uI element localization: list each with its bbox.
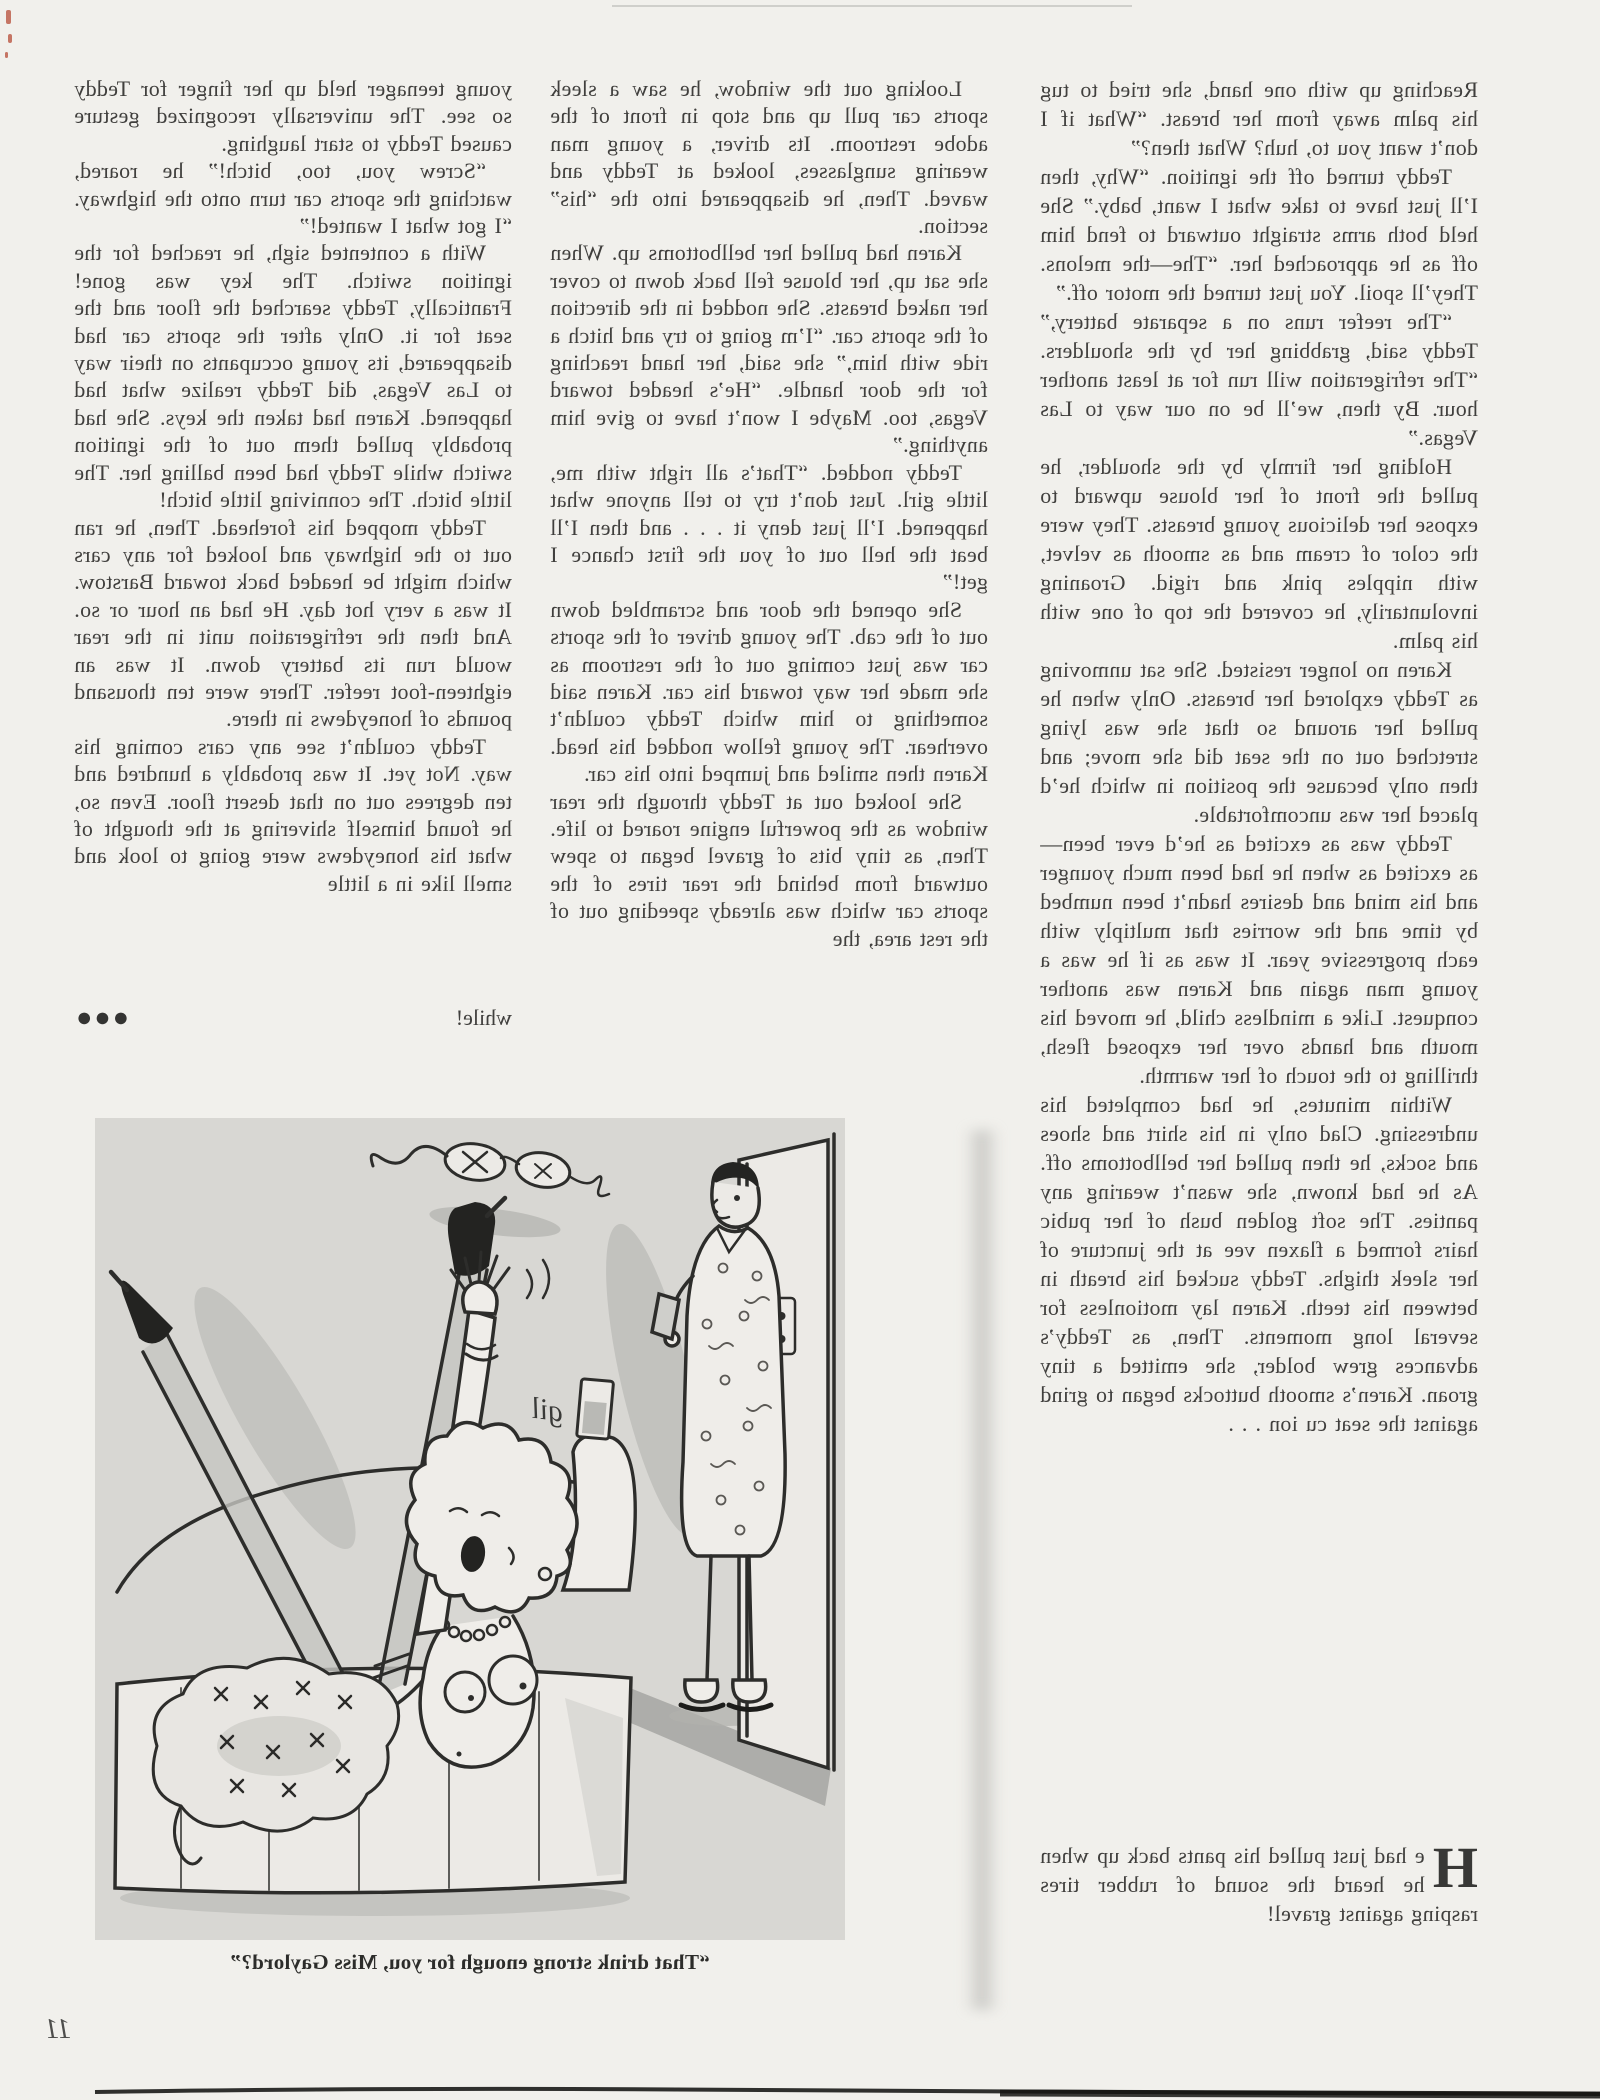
- paragraph: “The reefer runs on a separate battery,”…: [1040, 307, 1478, 452]
- paragraph: With a contented sigh, he reached for th…: [74, 239, 512, 513]
- paragraph: Teddy nodded. “That’s all right with me,…: [550, 459, 988, 596]
- scan-red-speck: [5, 52, 8, 58]
- paragraph: She looked out at Teddy through the rear…: [550, 788, 988, 952]
- paragraph: Teddy turned off the ignition. “Why, the…: [1040, 162, 1478, 307]
- paragraph: She opened the door and scrambled down o…: [550, 596, 988, 788]
- scan-top-edge-line: [612, 5, 1132, 7]
- cartoon-caption: “That drink strong enough for you, Miss …: [95, 1950, 845, 1975]
- mirrored-page-content: Reaching up with one hand, she tried to …: [0, 0, 1600, 2100]
- scan-red-speck: [6, 10, 11, 24]
- man-eye: [734, 1195, 740, 1201]
- paragraph: Reaching up with one hand, she tried to …: [1040, 75, 1478, 162]
- paragraph: Within minutes, he had completed his und…: [1040, 1090, 1478, 1438]
- paragraph: Holding her firmly by the shoulder, he p…: [1040, 452, 1478, 655]
- text-column-3: young teenager held up her finger for Te…: [74, 75, 512, 897]
- man-shoe: [685, 1680, 718, 1702]
- paragraph: Teddy mopped his forehead. Then, he ran …: [74, 514, 512, 733]
- final-word: while!: [456, 1005, 512, 1031]
- paragraph: Karen had pulled her bellbottoms up. Whe…: [550, 239, 988, 458]
- paragraph: Teddy couldn’t see any cars coming his w…: [74, 733, 512, 897]
- man-drink: [652, 1294, 679, 1339]
- scan-red-speck: [8, 34, 12, 43]
- dropcap-paragraph-text: e had just pulled his pants back up when…: [1040, 1843, 1478, 1926]
- scan-bottom-tear-line: [0, 2080, 1600, 2100]
- text-column-1: Reaching up with one hand, she tried to …: [1040, 75, 1478, 1438]
- paragraph: Looking out the window, he saw a sleek s…: [550, 75, 988, 239]
- paragraph: Teddy was as excited as he’d ever been—a…: [1040, 829, 1478, 1090]
- scanned-magazine-page: Reaching up with one hand, she tried to …: [0, 0, 1600, 2100]
- man-robe: [682, 1226, 786, 1556]
- artist-signature: gil: [530, 1392, 566, 1429]
- paragraph: young teenager held up her finger for Te…: [74, 75, 512, 157]
- dropcap-paragraph: He had just pulled his pants back up whe…: [1040, 1841, 1478, 1928]
- man-shoe: [733, 1680, 766, 1702]
- end-of-story-marker: ●●●: [74, 1004, 129, 1031]
- drink-glass: [577, 1379, 614, 1440]
- page-number: 11: [22, 2014, 94, 2046]
- scan-gutter-shadow: [964, 1130, 1000, 2010]
- drop-cap-letter: H: [1425, 1841, 1478, 1891]
- story-final-line: while! ●●●: [74, 1004, 512, 1031]
- paragraph: “Screw you, too, bitch!” he roared, watc…: [74, 157, 512, 239]
- paragraph: Karen no longer resisted. She sat unmovi…: [1040, 655, 1478, 829]
- cartoon-illustration: gil: [95, 1118, 845, 1940]
- text-column-2: Looking out the window, he saw a sleek s…: [550, 75, 988, 952]
